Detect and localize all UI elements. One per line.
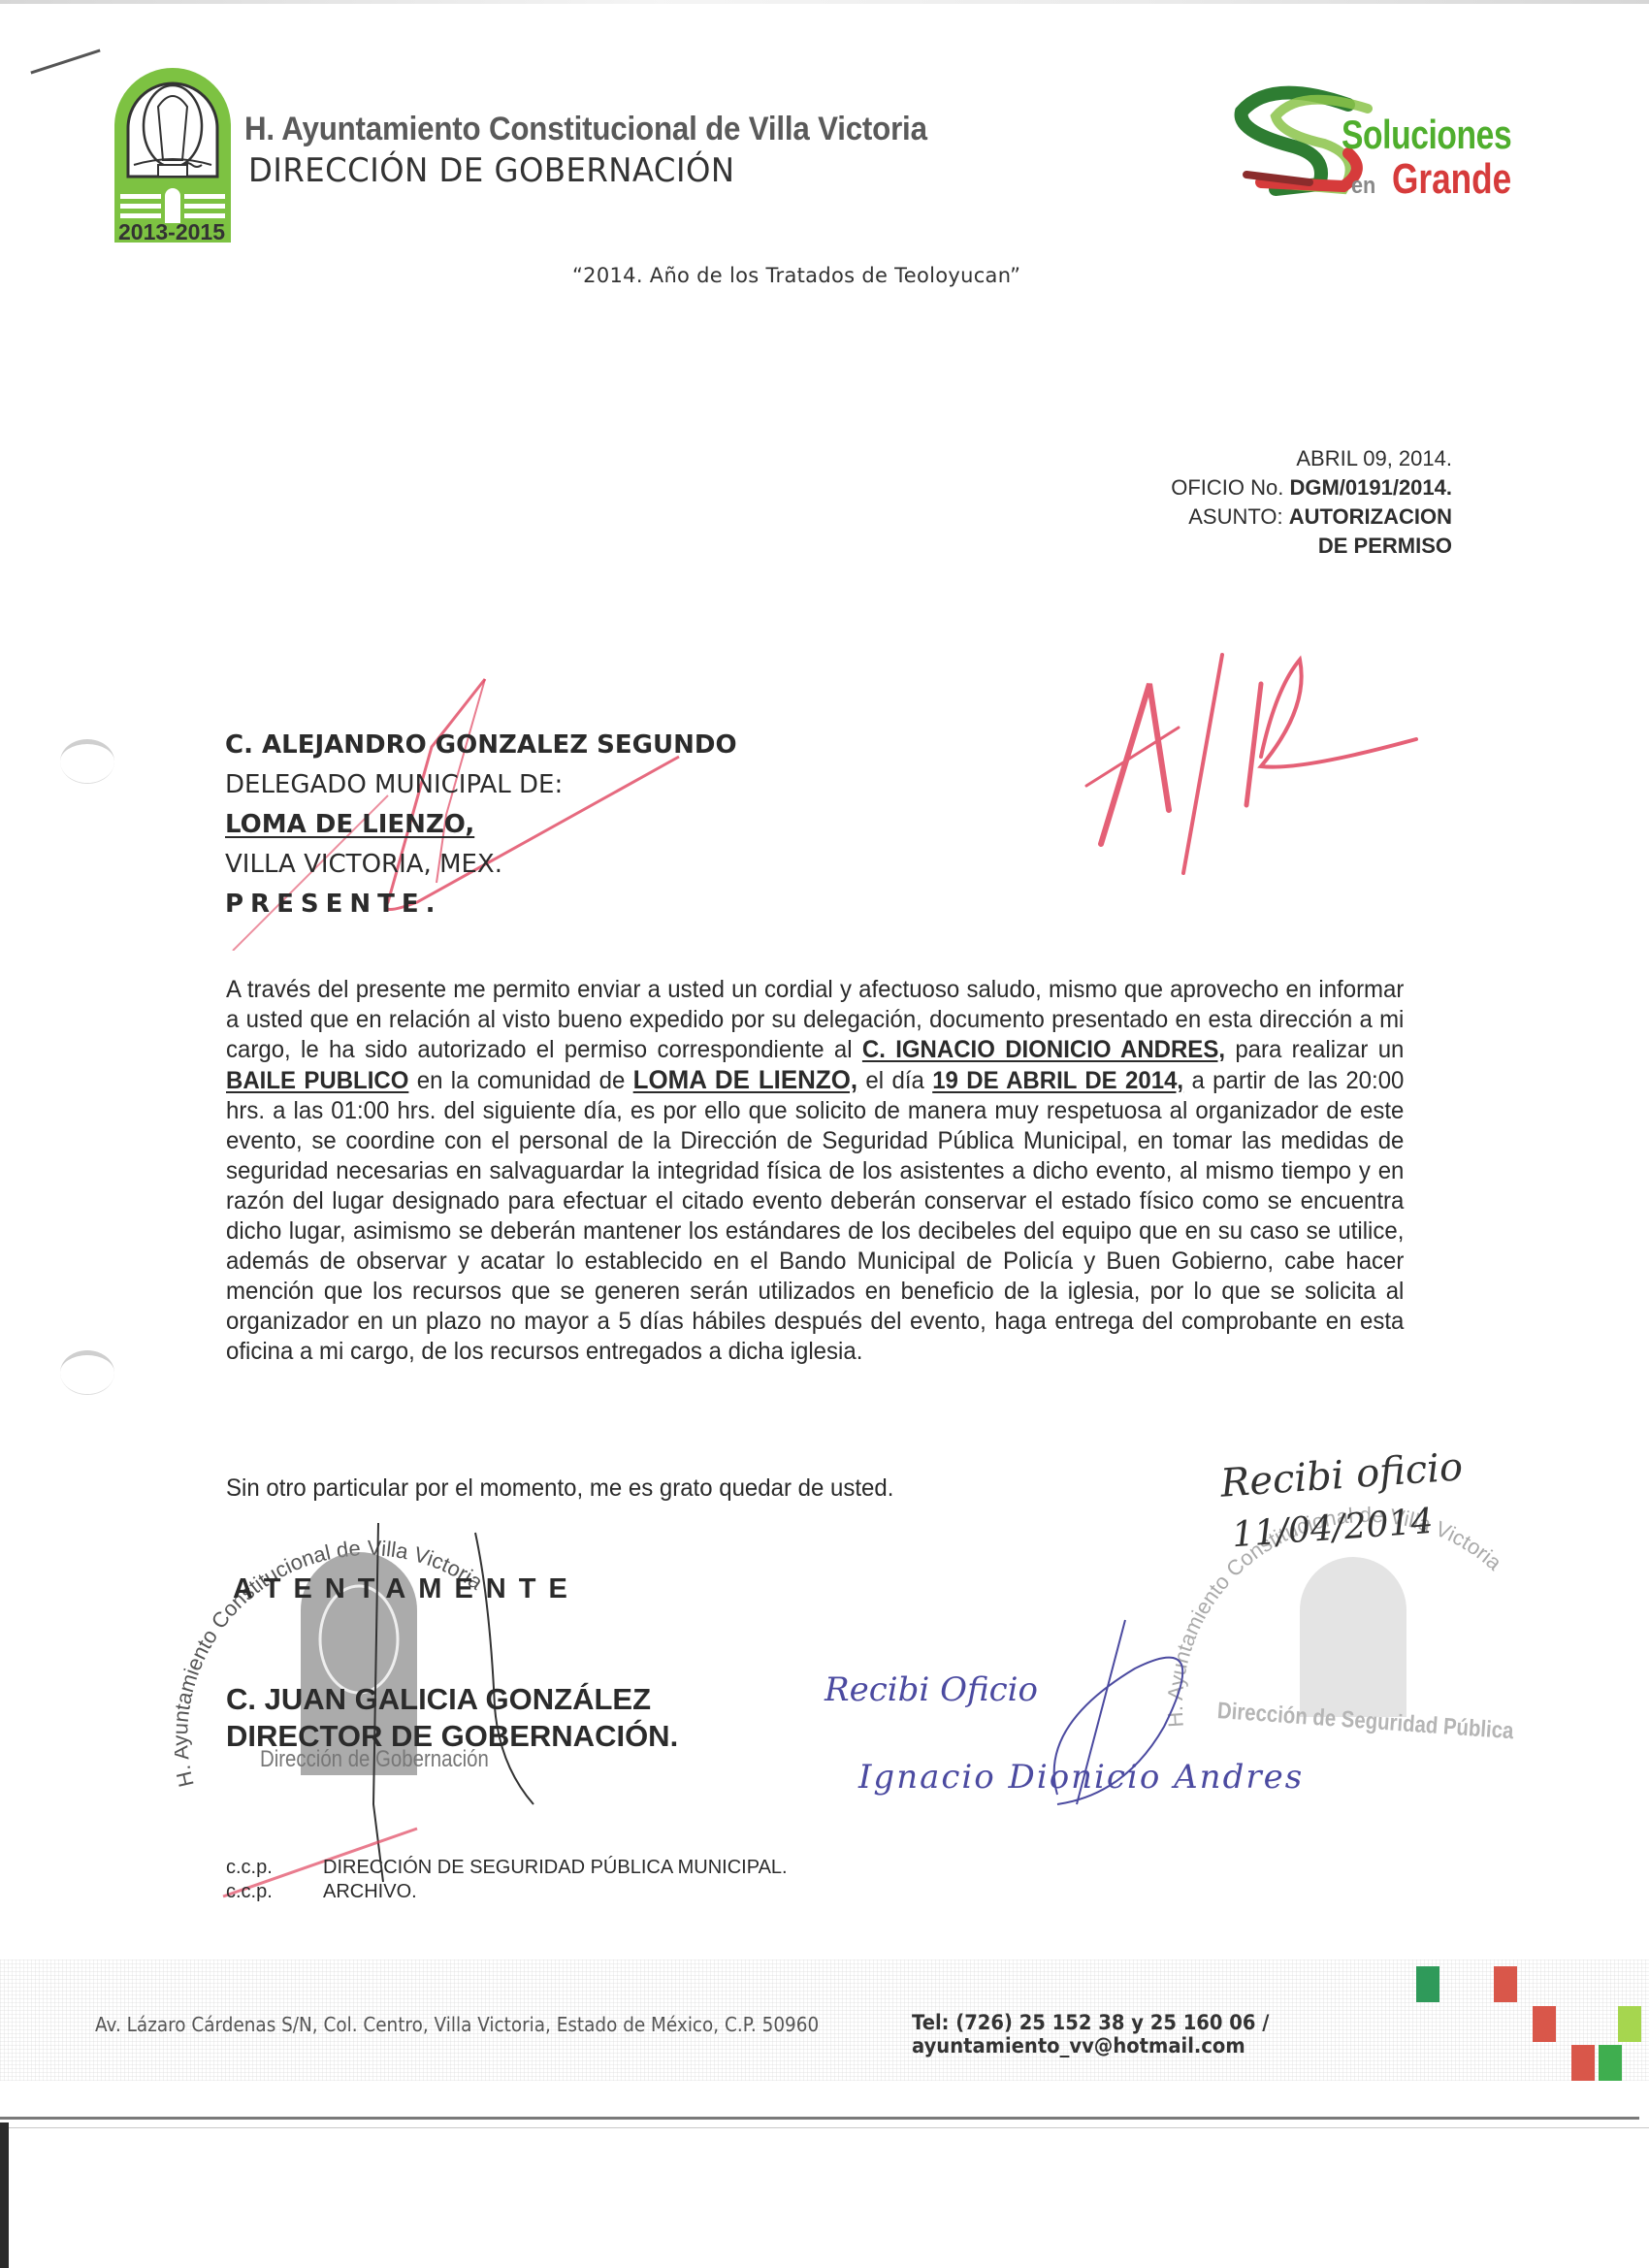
cc-recipient: DIRECCIÓN DE SEGURIDAD PÚBLICA MUNICIPAL… xyxy=(323,1857,788,1878)
addressee-title: DELEGADO MUNICIPAL DE: xyxy=(225,765,737,805)
pen-mark xyxy=(30,49,100,74)
addressee-community: LOMA DE LIENZO, xyxy=(225,810,474,839)
body-text-part: el día xyxy=(857,1067,932,1094)
body-text-part: a partir de las 20:00 hrs. a las 01:00 h… xyxy=(226,1067,1404,1365)
event-type: BAILE PUBLICO xyxy=(226,1067,408,1094)
motto: “2014. Año de los Tratados de Teoloyucan… xyxy=(572,264,1020,287)
punch-hole xyxy=(60,1350,114,1395)
footer-square xyxy=(1599,2045,1622,2081)
department-title: DIRECCIÓN DE GOBERNACIÓN xyxy=(248,151,735,190)
oficio-number-line: OFICIO No. DGM/0191/2014. xyxy=(1171,473,1452,502)
footer-address: Av. Lázaro Cárdenas S/N, Col. Centro, Vi… xyxy=(95,2013,819,2036)
addressee-location: VILLA VICTORIA, MEX. xyxy=(225,845,737,885)
footer-contact: Tel: (726) 25 152 38 y 25 160 06 / ayunt… xyxy=(912,2011,1598,2057)
footer-square xyxy=(1618,2006,1641,2042)
signer-block: C. JUAN GALICIA GONZÁLEZ DIRECTOR DE GOB… xyxy=(226,1681,678,1755)
scanner-edge xyxy=(0,2122,9,2268)
signer-name: C. JUAN GALICIA GONZÁLEZ xyxy=(226,1681,678,1718)
cc-label: c.c.p. xyxy=(226,1880,323,1904)
scan-edge xyxy=(0,0,1649,4)
authorized-person: C. IGNACIO DIONICIO ANDRES, xyxy=(862,1036,1225,1063)
addressee-name: C. ALEJANDRO GONZALEZ SEGUNDO xyxy=(225,726,737,765)
oficio-number: DGM/0191/2014. xyxy=(1289,475,1452,500)
body-text-part: para realizar un xyxy=(1225,1036,1404,1063)
recipient-signature xyxy=(1018,1610,1251,1824)
brand-name-en: en xyxy=(1351,173,1375,200)
cc-item: c.c.p.ARCHIVO. xyxy=(226,1880,788,1904)
presente: PRESENTE. xyxy=(225,885,737,924)
asunto-value-1: AUTORIZACION xyxy=(1289,504,1452,529)
cc-label: c.c.p. xyxy=(226,1856,323,1880)
cc-recipient: ARCHIVO. xyxy=(323,1881,417,1902)
page-edge xyxy=(0,2127,1649,2128)
stamp-subtitle: Dirección de Gobernación xyxy=(260,1746,489,1773)
event-community: LOMA DE LIENZO, xyxy=(633,1065,857,1094)
footer-square xyxy=(1416,1966,1439,2002)
body-text-part: en la comunidad de xyxy=(408,1067,632,1094)
asunto-line: ASUNTO: AUTORIZACION xyxy=(1171,502,1452,532)
brand-name-line2: Grande xyxy=(1392,155,1511,204)
footer-square xyxy=(1494,1966,1517,2002)
blue-received-note: Recibi Oficio xyxy=(824,1670,1038,1709)
document-date: ABRIL 09, 2014. xyxy=(1171,444,1452,473)
body-paragraph: A través del presente me permito enviar … xyxy=(226,975,1404,1367)
asunto-label: ASUNTO: xyxy=(1188,504,1282,529)
asunto-value-2: DE PERMISO xyxy=(1318,534,1452,558)
addressee-block: C. ALEJANDRO GONZALEZ SEGUNDO DELEGADO M… xyxy=(225,726,737,924)
reference-block: ABRIL 09, 2014. OFICIO No. DGM/0191/2014… xyxy=(1171,444,1452,561)
brand-name-line1: Soluciones xyxy=(1342,112,1511,158)
punch-hole xyxy=(60,739,114,784)
page-edge xyxy=(0,2117,1639,2120)
oficio-label: OFICIO No. xyxy=(1171,475,1283,500)
event-date: 19 DE ABRIL DE 2014, xyxy=(932,1067,1183,1094)
organization-title: H. Ayuntamiento Constitucional de Villa … xyxy=(244,111,927,148)
cc-item: c.c.p.DIRECCIÓN DE SEGURIDAD PÚBLICA MUN… xyxy=(226,1856,788,1880)
seal-years: 2013-2015 xyxy=(109,219,235,245)
cc-list: c.c.p.DIRECCIÓN DE SEGURIDAD PÚBLICA MUN… xyxy=(226,1856,788,1904)
red-initials-ar xyxy=(1048,631,1455,902)
salutation: ATENTAMENTE xyxy=(233,1573,580,1605)
